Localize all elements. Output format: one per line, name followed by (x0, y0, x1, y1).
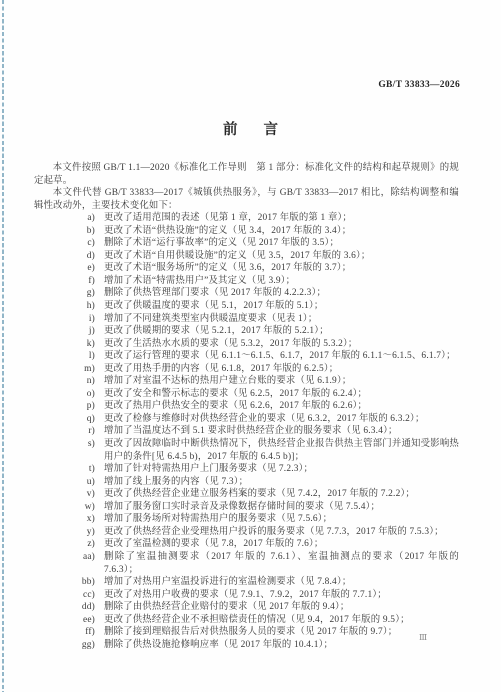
change-item: m) 更改了用热手册的内容（见 6.1.8，2017 年版的 6.2.5）； (34, 363, 459, 376)
change-item-text: 增加了不同建筑类型室内供暖温度要求（见表 1）； (104, 313, 459, 326)
foreword-paragraph-2: 本文件代替 GB/T 33833—2017《城镇供热服务》，与 GB/T 338… (34, 187, 459, 212)
change-item-text: 更改了供热经营企业受理热用户投诉的服务要求（见 7.7.3，2017 年版的 7… (104, 526, 459, 539)
change-item-text: 更改了安全和警示标志的要求（见 6.2.5，2017 年版的 6.2.4）； (104, 388, 459, 401)
change-item: o) 更改了安全和警示标志的要求（见 6.2.5，2017 年版的 6.2.4）… (34, 388, 459, 401)
change-item-text: 增加了对室温不达标的热用户建立台账的要求（见 6.1.9）； (104, 375, 459, 388)
change-item-text: 更改了室温检测的要求（见 7.8，2017 年版的 7.6）； (104, 538, 459, 551)
page-number: Ⅲ (419, 632, 428, 643)
change-item-label: aa) (34, 551, 104, 564)
change-item-label: t) (34, 463, 104, 476)
change-item-text: 删除了接到理赔报告后对供热服务人员的要求（见 2017 年版的 9.7）； (104, 626, 459, 639)
change-item-label: p) (34, 400, 104, 413)
change-item-label: i) (34, 313, 104, 326)
change-item-text: 删除了室温抽测要求（2017 年版的 7.6.1）、室温抽测点的要求（2017 … (104, 551, 459, 576)
change-item: gg) 删除了供热设施抢修响应率（见 2017 年版的 10.4.1）； (34, 639, 459, 652)
changes-list: a) 更改了适用范围的表述（见第 1 章，2017 年版的第 1 章）； b) … (34, 212, 459, 651)
change-item-text: 更改了供暖期的要求（见 5.2.1，2017 年版的 5.2.1）； (104, 325, 459, 338)
change-item: dd) 删除了由供热经营企业赔付的要求（见 2017 年版的 9.4）； (34, 601, 459, 614)
change-item-text: 增加了对热用户室温投诉进行的室温检测要求（见 7.8.4）； (104, 576, 459, 589)
change-item: s) 更改了因故障临时中断供热情况下，供热经营企业报告供热主管部门并通知受影响热… (34, 438, 459, 463)
change-item-label: a) (34, 212, 104, 225)
change-item-text: 更改了供暖温度的要求（见 5.1，2017 年版的 5.1）； (104, 300, 459, 313)
change-item: h) 更改了供暖温度的要求（见 5.1，2017 年版的 5.1）； (34, 300, 459, 313)
change-item: p) 更改了热用户供热安全的要求（见 6.2.6，2017 年版的 6.2.6）… (34, 400, 459, 413)
change-item: aa) 删除了室温抽测要求（2017 年版的 7.6.1）、室温抽测点的要求（2… (34, 551, 459, 576)
change-item: k) 更改了生活热水水质的要求（见 5.3.2，2017 年版的 5.3.2）； (34, 338, 459, 351)
change-item: c) 删除了术语“运行事故率”的定义（见 2017 年版的 3.5）； (34, 237, 459, 250)
change-item: e) 更改了术语“服务场所”的定义（见 3.6，2017 年版的 3.7）； (34, 262, 459, 275)
change-item-label: w) (34, 501, 104, 514)
change-item-text: 增加了当温度达不到 5.1 要求时供热经营企业的服务要求（见 6.3.4）； (104, 425, 459, 438)
change-item-label: d) (34, 250, 104, 263)
change-item: q) 更改了检修与维修时对供热经营企业的要求（见 6.3.2，2017 年版的 … (34, 413, 459, 426)
change-item-text: 增加了针对特需热用户上门服务要求（见 7.2.3）； (104, 463, 459, 476)
change-item-text: 删除了供热设施抢修响应率（见 2017 年版的 10.4.1）； (104, 639, 459, 652)
change-item-text: 更改了适用范围的表述（见第 1 章，2017 年版的第 1 章）； (104, 212, 459, 225)
foreword-paragraph-1: 本文件按照 GB/T 1.1—2020《标准化工作导则 第 1 部分：标准化文件… (34, 162, 459, 187)
change-item: a) 更改了适用范围的表述（见第 1 章，2017 年版的第 1 章）； (34, 212, 459, 225)
change-item-label: bb) (34, 576, 104, 589)
change-item: d) 更改了术语“自用供暖设施”的定义（见 3.5，2017 年版的 3.6）； (34, 250, 459, 263)
change-item: ee) 更改了供热经营企业不承担赔偿责任的情况（见 9.4，2017 年版的 9… (34, 614, 459, 627)
change-item-label: g) (34, 287, 104, 300)
change-item-text: 更改了术语“自用供暖设施”的定义（见 3.5，2017 年版的 3.6）； (104, 250, 459, 263)
change-item-text: 增加了术语“特需热用户”及其定义（见 3.9）； (104, 275, 459, 288)
change-item: b) 更改了术语“供热设施”的定义（见 3.4，2017 年版的 3.4）； (34, 225, 459, 238)
change-item-text: 更改了用热手册的内容（见 6.1.8，2017 年版的 6.2.5）； (104, 363, 459, 376)
change-item-label: dd) (34, 601, 104, 614)
change-item-label: s) (34, 438, 104, 451)
change-item-text: 更改了术语“供热设施”的定义（见 3.4，2017 年版的 3.4）； (104, 225, 459, 238)
change-item: f) 增加了术语“特需热用户”及其定义（见 3.9）； (34, 275, 459, 288)
change-item-text: 更改了生活热水水质的要求（见 5.3.2，2017 年版的 5.3.2）； (104, 338, 459, 351)
change-item-text: 更改了运行管理的要求（见 6.1.1～6.1.5、6.1.7，2017 年版的 … (104, 350, 459, 363)
change-item-label: gg) (34, 639, 104, 652)
change-item-label: o) (34, 388, 104, 401)
page-title: 前 言 (0, 118, 501, 139)
change-item: y) 更改了供热经营企业受理热用户投诉的服务要求（见 7.7.3，2017 年版… (34, 526, 459, 539)
change-item-label: b) (34, 225, 104, 238)
change-item-text: 更改了热用户供热安全的要求（见 6.2.6，2017 年版的 6.2.6）； (104, 400, 459, 413)
change-item: w) 增加了服务窗口实时录音及录像数据存储时间的要求（见 7.5.4）； (34, 501, 459, 514)
change-item-label: x) (34, 513, 104, 526)
change-item-text: 删除了由供热经营企业赔付的要求（见 2017 年版的 9.4）； (104, 601, 459, 614)
change-item-label: k) (34, 338, 104, 351)
change-item: l) 更改了运行管理的要求（见 6.1.1～6.1.5、6.1.7，2017 年… (34, 350, 459, 363)
change-item: v) 更改了供热经营企业建立服务档案的要求（见 7.4.2，2017 年版的 7… (34, 488, 459, 501)
change-item-text: 删除了术语“运行事故率”的定义（见 2017 年版的 3.5）； (104, 237, 459, 250)
change-item: j) 更改了供暖期的要求（见 5.2.1，2017 年版的 5.2.1）； (34, 325, 459, 338)
change-item-label: h) (34, 300, 104, 313)
page-title-char-2: 言 (264, 118, 279, 139)
change-item-label: l) (34, 350, 104, 363)
change-item: x) 增加了服务场所对特需热用户的服务要求（见 7.5.6）； (34, 513, 459, 526)
change-item-label: ff) (34, 626, 104, 639)
change-item: n) 增加了对室温不达标的热用户建立台账的要求（见 6.1.9）； (34, 375, 459, 388)
change-item: g) 删除了供热管理部门要求（见 2017 年版的 4.2.2.3）； (34, 287, 459, 300)
change-item-label: cc) (34, 589, 104, 602)
change-item-text: 删除了供热管理部门要求（见 2017 年版的 4.2.2.3）； (104, 287, 459, 300)
change-item-text: 更改了术语“服务场所”的定义（见 3.6，2017 年版的 3.7）； (104, 262, 459, 275)
change-item-label: f) (34, 275, 104, 288)
change-item-label: e) (34, 262, 104, 275)
change-item-label: m) (34, 363, 104, 376)
change-item-label: c) (34, 237, 104, 250)
standard-number: GB/T 33833—2026 (378, 80, 460, 90)
change-item-text: 增加了服务窗口实时录音及录像数据存储时间的要求（见 7.5.4）； (104, 501, 459, 514)
change-item-text: 增加了线上服务的内容（见 7.3）； (104, 476, 459, 489)
change-item: u) 增加了线上服务的内容（见 7.3）； (34, 476, 459, 489)
change-item: cc) 更改了对热用户收费的要求（见 7.9.1、7.9.2，2017 年版的 … (34, 589, 459, 602)
change-item-text: 更改了供热经营企业不承担赔偿责任的情况（见 9.4，2017 年版的 9.5）； (104, 614, 459, 627)
scan-cut-line (2, 0, 4, 692)
change-item-text: 更改了对热用户收费的要求（见 7.9.1、7.9.2，2017 年版的 7.7.… (104, 589, 459, 602)
change-item-label: ee) (34, 614, 104, 627)
change-item-label: v) (34, 488, 104, 501)
change-item-text: 更改了因故障临时中断供热情况下，供热经营企业报告供热主管部门并通知受影响热用户的… (104, 438, 459, 463)
change-item: ff) 删除了接到理赔报告后对供热服务人员的要求（见 2017 年版的 9.7）… (34, 626, 459, 639)
change-item: t) 增加了针对特需热用户上门服务要求（见 7.2.3）； (34, 463, 459, 476)
change-item: r) 增加了当温度达不到 5.1 要求时供热经营企业的服务要求（见 6.3.4）… (34, 425, 459, 438)
change-item-label: j) (34, 325, 104, 338)
change-item-label: y) (34, 526, 104, 539)
change-item-label: z) (34, 538, 104, 551)
change-item: bb) 增加了对热用户室温投诉进行的室温检测要求（见 7.8.4）； (34, 576, 459, 589)
change-item-label: u) (34, 476, 104, 489)
change-item-text: 更改了检修与维修时对供热经营企业的要求（见 6.3.2，2017 年版的 6.3… (104, 413, 459, 426)
change-item: z) 更改了室温检测的要求（见 7.8，2017 年版的 7.6）； (34, 538, 459, 551)
foreword-content: 本文件按照 GB/T 1.1—2020《标准化工作导则 第 1 部分：标准化文件… (34, 162, 459, 651)
change-item-label: n) (34, 375, 104, 388)
change-item: i) 增加了不同建筑类型室内供暖温度要求（见表 1）； (34, 313, 459, 326)
page-title-char-1: 前 (223, 118, 238, 139)
change-item-text: 增加了服务场所对特需热用户的服务要求（见 7.5.6）； (104, 513, 459, 526)
change-item-text: 更改了供热经营企业建立服务档案的要求（见 7.4.2，2017 年版的 7.2.… (104, 488, 459, 501)
change-item-label: r) (34, 425, 104, 438)
change-item-label: q) (34, 413, 104, 426)
